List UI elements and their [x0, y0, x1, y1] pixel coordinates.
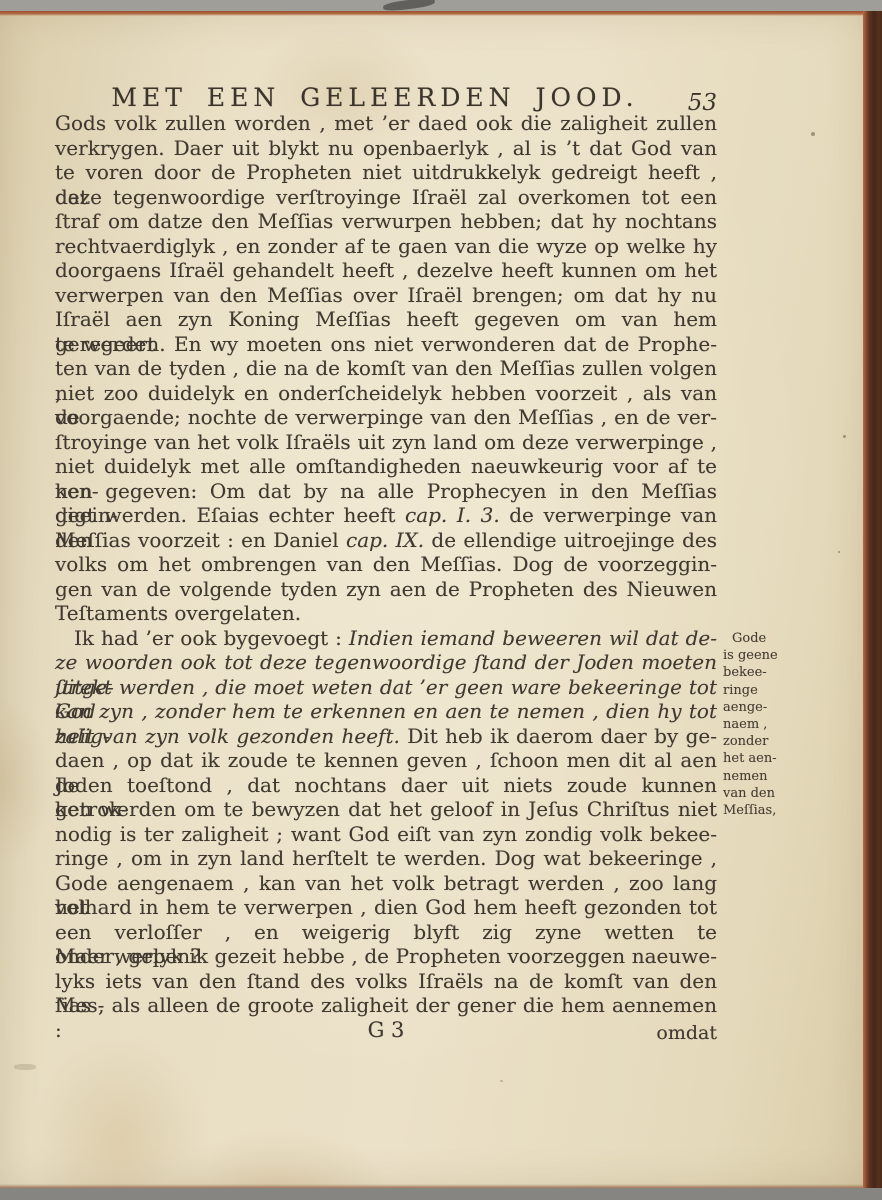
- book-page: MET EEN GELEERDEN JOOD. 53 Gods volk zul…: [0, 11, 866, 1188]
- margin-note-line: is geene: [723, 647, 797, 664]
- text-line: digt werden. Eſaias echter heeft cap. I.…: [55, 503, 717, 528]
- margin-note-line: ringe: [723, 682, 797, 699]
- margin-note-line: aenge-: [723, 699, 797, 716]
- text-line: Gods volk zullen worden , met ’er daed o…: [55, 111, 717, 136]
- text-line: ten van de tyden , die na de komſt van d…: [55, 356, 717, 381]
- text-line: ſtroyinge van het volk Iſraëls uit zyn l…: [55, 430, 717, 455]
- margin-note-line: zonder: [723, 733, 797, 750]
- text-line: kan zyn , zonder hem te erkennen en aen …: [55, 699, 717, 724]
- text-line: Meſſias voorzeit : en Daniel cap. IX. de…: [55, 528, 717, 553]
- book-fore-edge: [863, 11, 882, 1188]
- text-line: Joden toeſtond , dat nochtans daer uit n…: [55, 773, 717, 798]
- text-line: een verloſſer , en weigerig blyft zig zy…: [55, 920, 717, 945]
- page-top-edge: [0, 11, 866, 16]
- margin-note-line: van den: [723, 785, 797, 802]
- text-line: heit van zyn volk gezonden heeft. Dit he…: [55, 724, 717, 749]
- text-line: lyks iets van den ſtand des volks Iſraël…: [55, 969, 717, 994]
- text-line: verkrygen. Daer uit blykt nu openbaerlyk…: [55, 136, 717, 161]
- foxing-speck: [843, 435, 846, 438]
- text-line: Teſtaments overgelaten.: [55, 601, 717, 626]
- text-line: ringe , om in zyn land herſtelt te werde…: [55, 846, 717, 871]
- margin-note-line: bekee-: [723, 664, 797, 681]
- text-line: verwerpen van den Meſſias over Iſraël br…: [55, 283, 717, 308]
- catchword: omdat: [455, 1022, 717, 1044]
- margin-note-line: Gode: [723, 630, 797, 647]
- margin-note-line: het aen-: [723, 750, 797, 767]
- margin-notes: Godeis geenebekee-ringeaenge-naem ,zonde…: [723, 630, 797, 819]
- foxing-speck: [838, 551, 840, 553]
- text-line: deze tegenwoordige verſtroyinge Iſraël z…: [55, 185, 717, 210]
- text-line: nodig is ter zaligheit ; want God eiſt v…: [55, 822, 717, 847]
- text-line: nen gegeven: Om dat by na alle Prophecye…: [55, 479, 717, 504]
- text-line: ze woorden ook tot deze tegenwoordige ſt…: [55, 650, 717, 675]
- text-line: ſtraf om datze den Meſſias verwurpen heb…: [55, 209, 717, 234]
- text-line: volks om het ombrengen van den Meſſias. …: [55, 552, 717, 577]
- text-line: Gode aengenaem , kan van het volk betrag…: [55, 871, 717, 896]
- margin-note-line: naem ,: [723, 716, 797, 733]
- text-line: niet zoo duidelyk en onderſcheidelyk heb…: [55, 381, 717, 406]
- text-line: Maer , gelyk ik gezeit hebbe , de Prophe…: [55, 944, 717, 969]
- text-line: volhard in hem te verwerpen , dien God h…: [55, 895, 717, 920]
- margin-note-line: nemen: [723, 768, 797, 785]
- text-block: Gods volk zullen worden , met ’er daed o…: [55, 111, 717, 1018]
- page-bottom-edge: [0, 1184, 866, 1188]
- text-line: gen van de volgende tyden zyn aen de Pro…: [55, 577, 717, 602]
- text-line: niet duidelyk met alle omſtandigheden na…: [55, 454, 717, 479]
- text-line: Iſraël aen zyn Koning Meſſias heeft gege…: [55, 307, 717, 332]
- margin-note-line: Meſſias,: [723, 802, 797, 819]
- text-line: daen , op dat ik zoude te kennen geven ,…: [55, 748, 717, 773]
- foxing-speck: [811, 132, 815, 136]
- foxing-speck: [14, 1064, 36, 1070]
- text-line: ſtrekt werden , die moet weten dat ’er g…: [55, 675, 717, 700]
- text-line: ken werden om te bewyzen dat het geloof …: [55, 797, 717, 822]
- text-line: doorgaens Iſraël gehandelt heeft , dezel…: [55, 258, 717, 283]
- text-line: te werden. En wy moeten ons niet verwond…: [55, 332, 717, 357]
- text-line: Ik had ’er ook bygevoegt : Indien iemand…: [55, 626, 717, 651]
- scan-backdrop: MET EEN GELEERDEN JOOD. 53 Gods volk zul…: [0, 0, 882, 1200]
- running-title: MET EEN GELEERDEN JOOD.: [55, 83, 695, 112]
- foxing-speck: [500, 1080, 503, 1082]
- text-line: voorgaende; nochte de verwerpinge van de…: [55, 405, 717, 430]
- text-line: rechtvaerdiglyk , en zonder af te gaen v…: [55, 234, 717, 259]
- text-line: ſias , als alleen de groote zaligheit de…: [55, 993, 717, 1018]
- text-line: te voren door de Propheten niet uitdrukk…: [55, 160, 717, 185]
